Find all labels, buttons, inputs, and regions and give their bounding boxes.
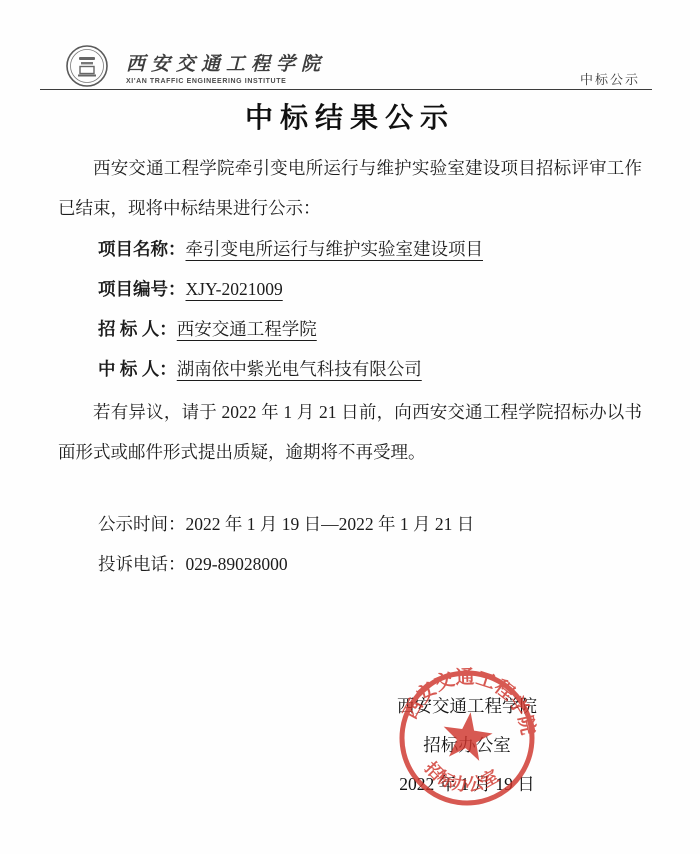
info-label: 投诉电话： xyxy=(98,554,186,574)
field-value: XJY-2021009 xyxy=(186,279,283,299)
announcement-document: 西安交通工程学院 XI'AN TRAFFIC ENGINEERING INSTI… xyxy=(0,0,700,854)
field-label: 项目名称： xyxy=(98,239,186,259)
field-project-number: 项目编号：XJY-2021009 xyxy=(98,269,642,309)
field-value: 牵引变电所运行与维护实验室建设项目 xyxy=(186,239,484,259)
field-label: 项目编号： xyxy=(98,279,186,299)
header-rule: 中标公示 xyxy=(40,56,652,90)
complaint-phone-row: 投诉电话：029-89028000 xyxy=(98,544,642,584)
field-label: 中 标 人： xyxy=(98,359,177,379)
info-value: 2022 年 1 月 19 日—2022 年 1 月 21 日 xyxy=(186,514,475,534)
corner-label: 中标公示 xyxy=(566,69,646,90)
publicity-period-row: 公示时间：2022 年 1 月 19 日—2022 年 1 月 21 日 xyxy=(98,504,642,544)
field-value: 西安交通工程学院 xyxy=(177,319,317,339)
document-body: 西安交通工程学院牵引变电所运行与维护实验室建设项目招标评审工作已结束，现将中标结… xyxy=(58,148,642,584)
info-value: 029-89028000 xyxy=(186,554,288,574)
signature-date: 2022 年 1 月 19 日 xyxy=(378,765,556,804)
field-list: 项目名称：牵引变电所运行与维护实验室建设项目 项目编号：XJY-2021009 … xyxy=(98,229,642,389)
field-winning-bidder: 中 标 人：湖南依中紫光电气科技有限公司 xyxy=(98,349,642,389)
field-value: 湖南依中紫光电气科技有限公司 xyxy=(177,359,422,379)
info-block: 公示时间：2022 年 1 月 19 日—2022 年 1 月 21 日 投诉电… xyxy=(98,504,642,584)
signature-org: 西安交通工程学院 xyxy=(378,687,556,726)
objection-notice: 若有异议，请于 2022 年 1 月 21 日前，向西安交通工程学院招标办以书面… xyxy=(58,392,642,472)
field-label: 招 标 人： xyxy=(98,319,177,339)
intro-paragraph: 西安交通工程学院牵引变电所运行与维护实验室建设项目招标评审工作已结束，现将中标结… xyxy=(58,148,642,228)
info-label: 公示时间： xyxy=(98,514,186,534)
page-title: 中标结果公示 xyxy=(0,96,700,136)
field-project-name: 项目名称：牵引变电所运行与维护实验室建设项目 xyxy=(98,229,642,269)
signature-block: 西安交通工程学院 招标办公室 2022 年 1 月 19 日 xyxy=(378,687,556,804)
signature-office: 招标办公室 xyxy=(378,726,556,765)
field-tenderer: 招 标 人：西安交通工程学院 xyxy=(98,309,642,349)
